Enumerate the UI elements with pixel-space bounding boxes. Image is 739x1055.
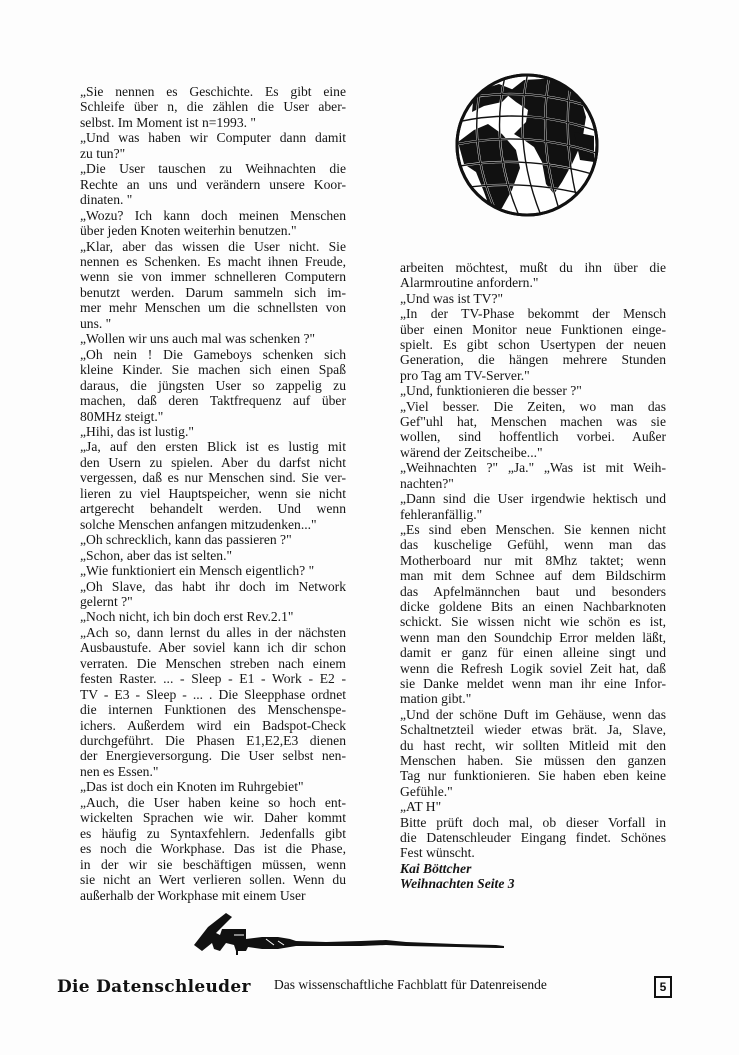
text-line: kleine Kinder. Sie machen sich einen Spa… — [80, 362, 346, 377]
article-reference: Weihnachten Seite 3 — [400, 876, 666, 891]
text-line: das kuschelige Gefühl, wenn man das — [400, 537, 666, 552]
text-line: über einen Monitor neue Funktionen einge… — [400, 322, 666, 337]
text-line: „Die User tauschen zu Weihnachten die — [80, 161, 346, 176]
text-line: „Weihnachten ?" „Ja." „Was ist mit Weih- — [400, 460, 666, 475]
text-line: Motherboard nur mit 8Mhz taktet; wenn — [400, 553, 666, 568]
text-line: wenn die Refresh Logik soviel Zeit hat, … — [400, 661, 666, 676]
text-line: verraten. Die Menschen streben nach eine… — [80, 656, 346, 671]
text-line: „Wie funktioniert ein Mensch eigentlich?… — [80, 563, 346, 578]
text-line: machen, daß deren Taktfrequenz auf über — [80, 393, 346, 408]
text-line: pro Tag am TV-Server." — [400, 368, 666, 383]
text-line: Ausbaustufe. Aber soviel kann ich dir sc… — [80, 640, 346, 655]
text-line: man mit dem Schnee auf dem Bildschirm — [400, 568, 666, 583]
text-line: die Datenschleuder Eingang findet. Schön… — [400, 830, 666, 845]
text-line: Tag nur funktionieren. Sie haben eben ke… — [400, 768, 666, 783]
text-line: außerhalb der Workphase mit einem User — [80, 888, 346, 903]
text-line: „Oh Slave, das habt ihr doch im Network — [80, 579, 346, 594]
text-line: gelernt ?" — [80, 594, 346, 609]
text-line: „Es sind eben Menschen. Sie kennen nicht — [400, 522, 666, 537]
text-line: artgerecht behandelt werden. Und wenn — [80, 501, 346, 516]
text-line: „Das ist doch ein Knoten im Ruhrgebiet" — [80, 779, 346, 794]
text-line: solche Menschen anfangen mitzudenken..." — [80, 517, 346, 532]
text-line: lieren zu viel Hauptspeicher, wenn sie n… — [80, 486, 346, 501]
text-line: „Sie nennen es Geschichte. Es gibt eine — [80, 84, 346, 99]
text-line: Fest wünscht. — [400, 845, 666, 860]
text-line: TV - E3 - Sleep - ... . Die Sleepphase o… — [80, 687, 346, 702]
page-number: 5 — [654, 976, 672, 998]
text-line: „AT H" — [400, 799, 666, 814]
text-line: uns. " — [80, 316, 346, 331]
text-line: nachten?" — [400, 476, 666, 491]
text-line: mation gibt." — [400, 691, 666, 706]
text-line: Bitte prüft doch mal, ob dieser Vorfall … — [400, 815, 666, 830]
text-line: damit er ganz für einen alleine singt un… — [400, 645, 666, 660]
magazine-subtitle: Das wissenschaftliche Fachblatt für Date… — [274, 977, 547, 993]
text-line: „Schon, aber das ist selten." — [80, 548, 346, 563]
text-line: nennen es Schenken. Es macht ihnen Freud… — [80, 254, 346, 269]
text-line: selbst. Im Moment ist n=1993. " — [80, 115, 346, 130]
text-line: wenn man den Soundchip Error melden läßt… — [400, 630, 666, 645]
plug-cable-icon — [186, 905, 516, 955]
text-line: 80MHz steigt." — [80, 409, 346, 424]
text-line: „Oh nein ! Die Gameboys schenken sich — [80, 347, 346, 362]
text-line: dicke goldene Bits an einen Nachbarknote… — [400, 599, 666, 614]
magazine-title: Die Datenschleuder — [57, 977, 251, 997]
article-left-column: „Sie nennen es Geschichte. Es gibt eineS… — [80, 84, 346, 903]
article-right-column: arbeiten möchtest, mußt du ihn über dieA… — [400, 260, 666, 892]
text-line: „Oh schrecklich, kann das passieren ?" — [80, 532, 346, 547]
text-line: „Wozu? Ich kann doch meinen Menschen — [80, 208, 346, 223]
text-line: „Viel besser. Die Zeiten, wo man das — [400, 399, 666, 414]
text-line: wärend der Zeitscheibe..." — [400, 445, 666, 460]
text-line: mer mehr Menschen um die schnellsten von — [80, 300, 346, 315]
text-line: daraus, die jüngsten User so zappelig zu — [80, 378, 346, 393]
text-line: schickt. Sie wissen nicht wie schön es i… — [400, 614, 666, 629]
text-line: nen es Essen." — [80, 764, 346, 779]
text-line: in der wir sie beschäftigen müssen, wenn — [80, 857, 346, 872]
text-line: durchgeführt. Die Phasen E1,E2,E3 dienen — [80, 733, 346, 748]
text-line: das Apfelmännchen baut und besonders — [400, 584, 666, 599]
text-line: wollen, sind hoffentlich vorbei. Außer — [400, 429, 666, 444]
text-line: „Ja, auf den ersten Blick ist es lustig … — [80, 439, 346, 454]
text-line: spielt. Es gibt schon Usertypen der neue… — [400, 337, 666, 352]
text-line: sie nicht an Wert verlieren sollen. Wenn… — [80, 872, 346, 887]
text-line: Schaltnetzteil wieder etwas brät. Ja, Sl… — [400, 722, 666, 737]
text-line: zu tun?" — [80, 146, 346, 161]
text-line: „Auch, die User haben keine so hoch ent- — [80, 795, 346, 810]
text-line: „Ach so, dann lernst du alles in der näc… — [80, 625, 346, 640]
magazine-page: „Sie nennen es Geschichte. Es gibt eineS… — [0, 0, 739, 1055]
text-line: es häufig zu Syntaxfehlern. Jedenfalls g… — [80, 826, 346, 841]
text-line: arbeiten möchtest, mußt du ihn über die — [400, 260, 666, 275]
text-line: „Und der schöne Duft im Gehäuse, wenn da… — [400, 707, 666, 722]
text-line: „Klar, aber das wissen die User nicht. S… — [80, 239, 346, 254]
author-signature: Kai Böttcher — [400, 861, 666, 876]
text-line: über jeden Knoten weiterhin benutzen." — [80, 223, 346, 238]
text-line: „Dann sind die User irgendwie hektisch u… — [400, 491, 666, 506]
text-line: wickelten Sprachen wie wir. Daher kommt — [80, 810, 346, 825]
text-line: die internen Funktionen des Menschenspe- — [80, 702, 346, 717]
text-line: Generation, die hängen mehrere Stunden — [400, 352, 666, 367]
text-line: den Usern zu spielen. Aber du darfst nic… — [80, 455, 346, 470]
text-line: festen Raster. ... - Sleep - E1 - Work -… — [80, 671, 346, 686]
text-line: der Energieversorgung. Die User selbst n… — [80, 748, 346, 763]
text-line: dinaten. " — [80, 192, 346, 207]
text-line: Schleife über n, die zählen die User abe… — [80, 99, 346, 114]
text-line: „Hihi, das ist lustig." — [80, 424, 346, 439]
text-line: vergessen, daß es nur Menschen sind. Sie… — [80, 470, 346, 485]
text-line: fehleranfällig." — [400, 507, 666, 522]
text-line: „Und was haben wir Computer dann damit — [80, 130, 346, 145]
text-line: „In der TV-Phase bekommt der Mensch — [400, 306, 666, 321]
globe-icon — [454, 72, 600, 218]
text-line: du hast recht, wir sollten Mitleid mit d… — [400, 738, 666, 753]
text-line: Menschen haben. Sie müssen den ganzen — [400, 753, 666, 768]
text-line: Alarmroutine anfordern." — [400, 275, 666, 290]
text-line: „Wollen wir uns auch mal was schenken ?" — [80, 331, 346, 346]
text-line: „Und was ist TV?" — [400, 291, 666, 306]
text-line: „Und, funktionieren die besser ?" — [400, 383, 666, 398]
text-line: ichers. Außerdem wird ein Badspot-Check — [80, 718, 346, 733]
text-line: benutzt werden. Darum sammeln sich im- — [80, 285, 346, 300]
text-line: es noch die Workphase. Das ist die Phase… — [80, 841, 346, 856]
text-line: Gef"uhl hat, Menschen machen was sie — [400, 414, 666, 429]
text-line: Rechte an uns und verändern unsere Koor- — [80, 177, 346, 192]
text-line: wenn sie von immer schnelleren Computern — [80, 269, 346, 284]
text-line: Gefühle." — [400, 784, 666, 799]
text-line: sie Danke meldet wenn man ihr eine Infor… — [400, 676, 666, 691]
text-line: „Noch nicht, ich bin doch erst Rev.2.1" — [80, 609, 346, 624]
